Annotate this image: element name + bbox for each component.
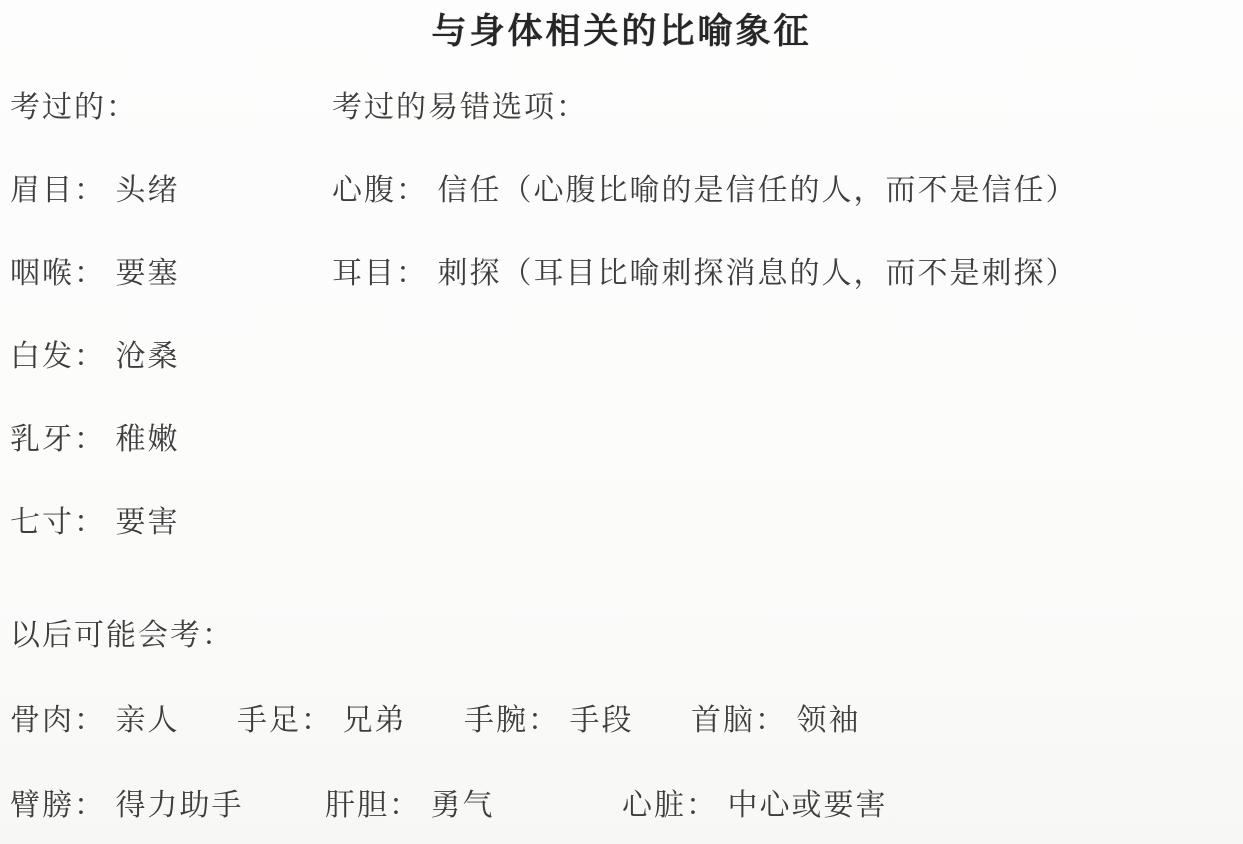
list-item: 手腕： 手段: [464, 701, 634, 741]
list-item: 白发： 沧桑: [10, 337, 332, 377]
list-item: 耳目： 刺探（耳目比喻刺探消息的人，而不是刺探）: [332, 254, 1233, 294]
list-item: 肝胆： 勇气: [325, 786, 495, 826]
list-item: 手足： 兄弟: [237, 701, 407, 741]
future-section: 以后可能会考： 骨肉： 亲人 手足： 兄弟 手腕： 手段 首脑： 领袖 臂膀： …: [10, 616, 1233, 826]
tested-section: 考过的： 考过的易错选项： 眉目： 头绪 心腹： 信任（心腹比喻的是信任的人，而…: [10, 88, 1233, 586]
list-item: 骨肉： 亲人: [10, 701, 180, 741]
list-item: 咽喉： 要塞: [10, 254, 332, 294]
list-item: 心腹： 信任（心腹比喻的是信任的人，而不是信任）: [332, 171, 1233, 211]
future-header: 以后可能会考：: [10, 616, 1233, 656]
document-page: 与身体相关的比喻象征 考过的： 考过的易错选项： 眉目： 头绪 心腹： 信任（心…: [0, 0, 1243, 844]
page-title: 与身体相关的比喻象征: [10, 8, 1233, 56]
list-item: 首脑： 领袖: [691, 701, 861, 741]
tested-header: 考过的：: [10, 88, 332, 128]
list-item: 眉目： 头绪: [10, 171, 332, 211]
list-item: 乳牙： 稚嫩: [10, 420, 332, 460]
list-item: 心脏： 中心或要害: [622, 786, 888, 826]
future-row: 臂膀： 得力助手 肝胆： 勇气 心脏： 中心或要害: [10, 786, 1233, 826]
future-row: 骨肉： 亲人 手足： 兄弟 手腕： 手段 首脑： 领袖: [10, 701, 1233, 741]
tricky-header: 考过的易错选项：: [332, 88, 1233, 128]
list-item: 七寸： 要害: [10, 503, 332, 543]
list-item: 臂膀： 得力助手: [10, 786, 244, 826]
